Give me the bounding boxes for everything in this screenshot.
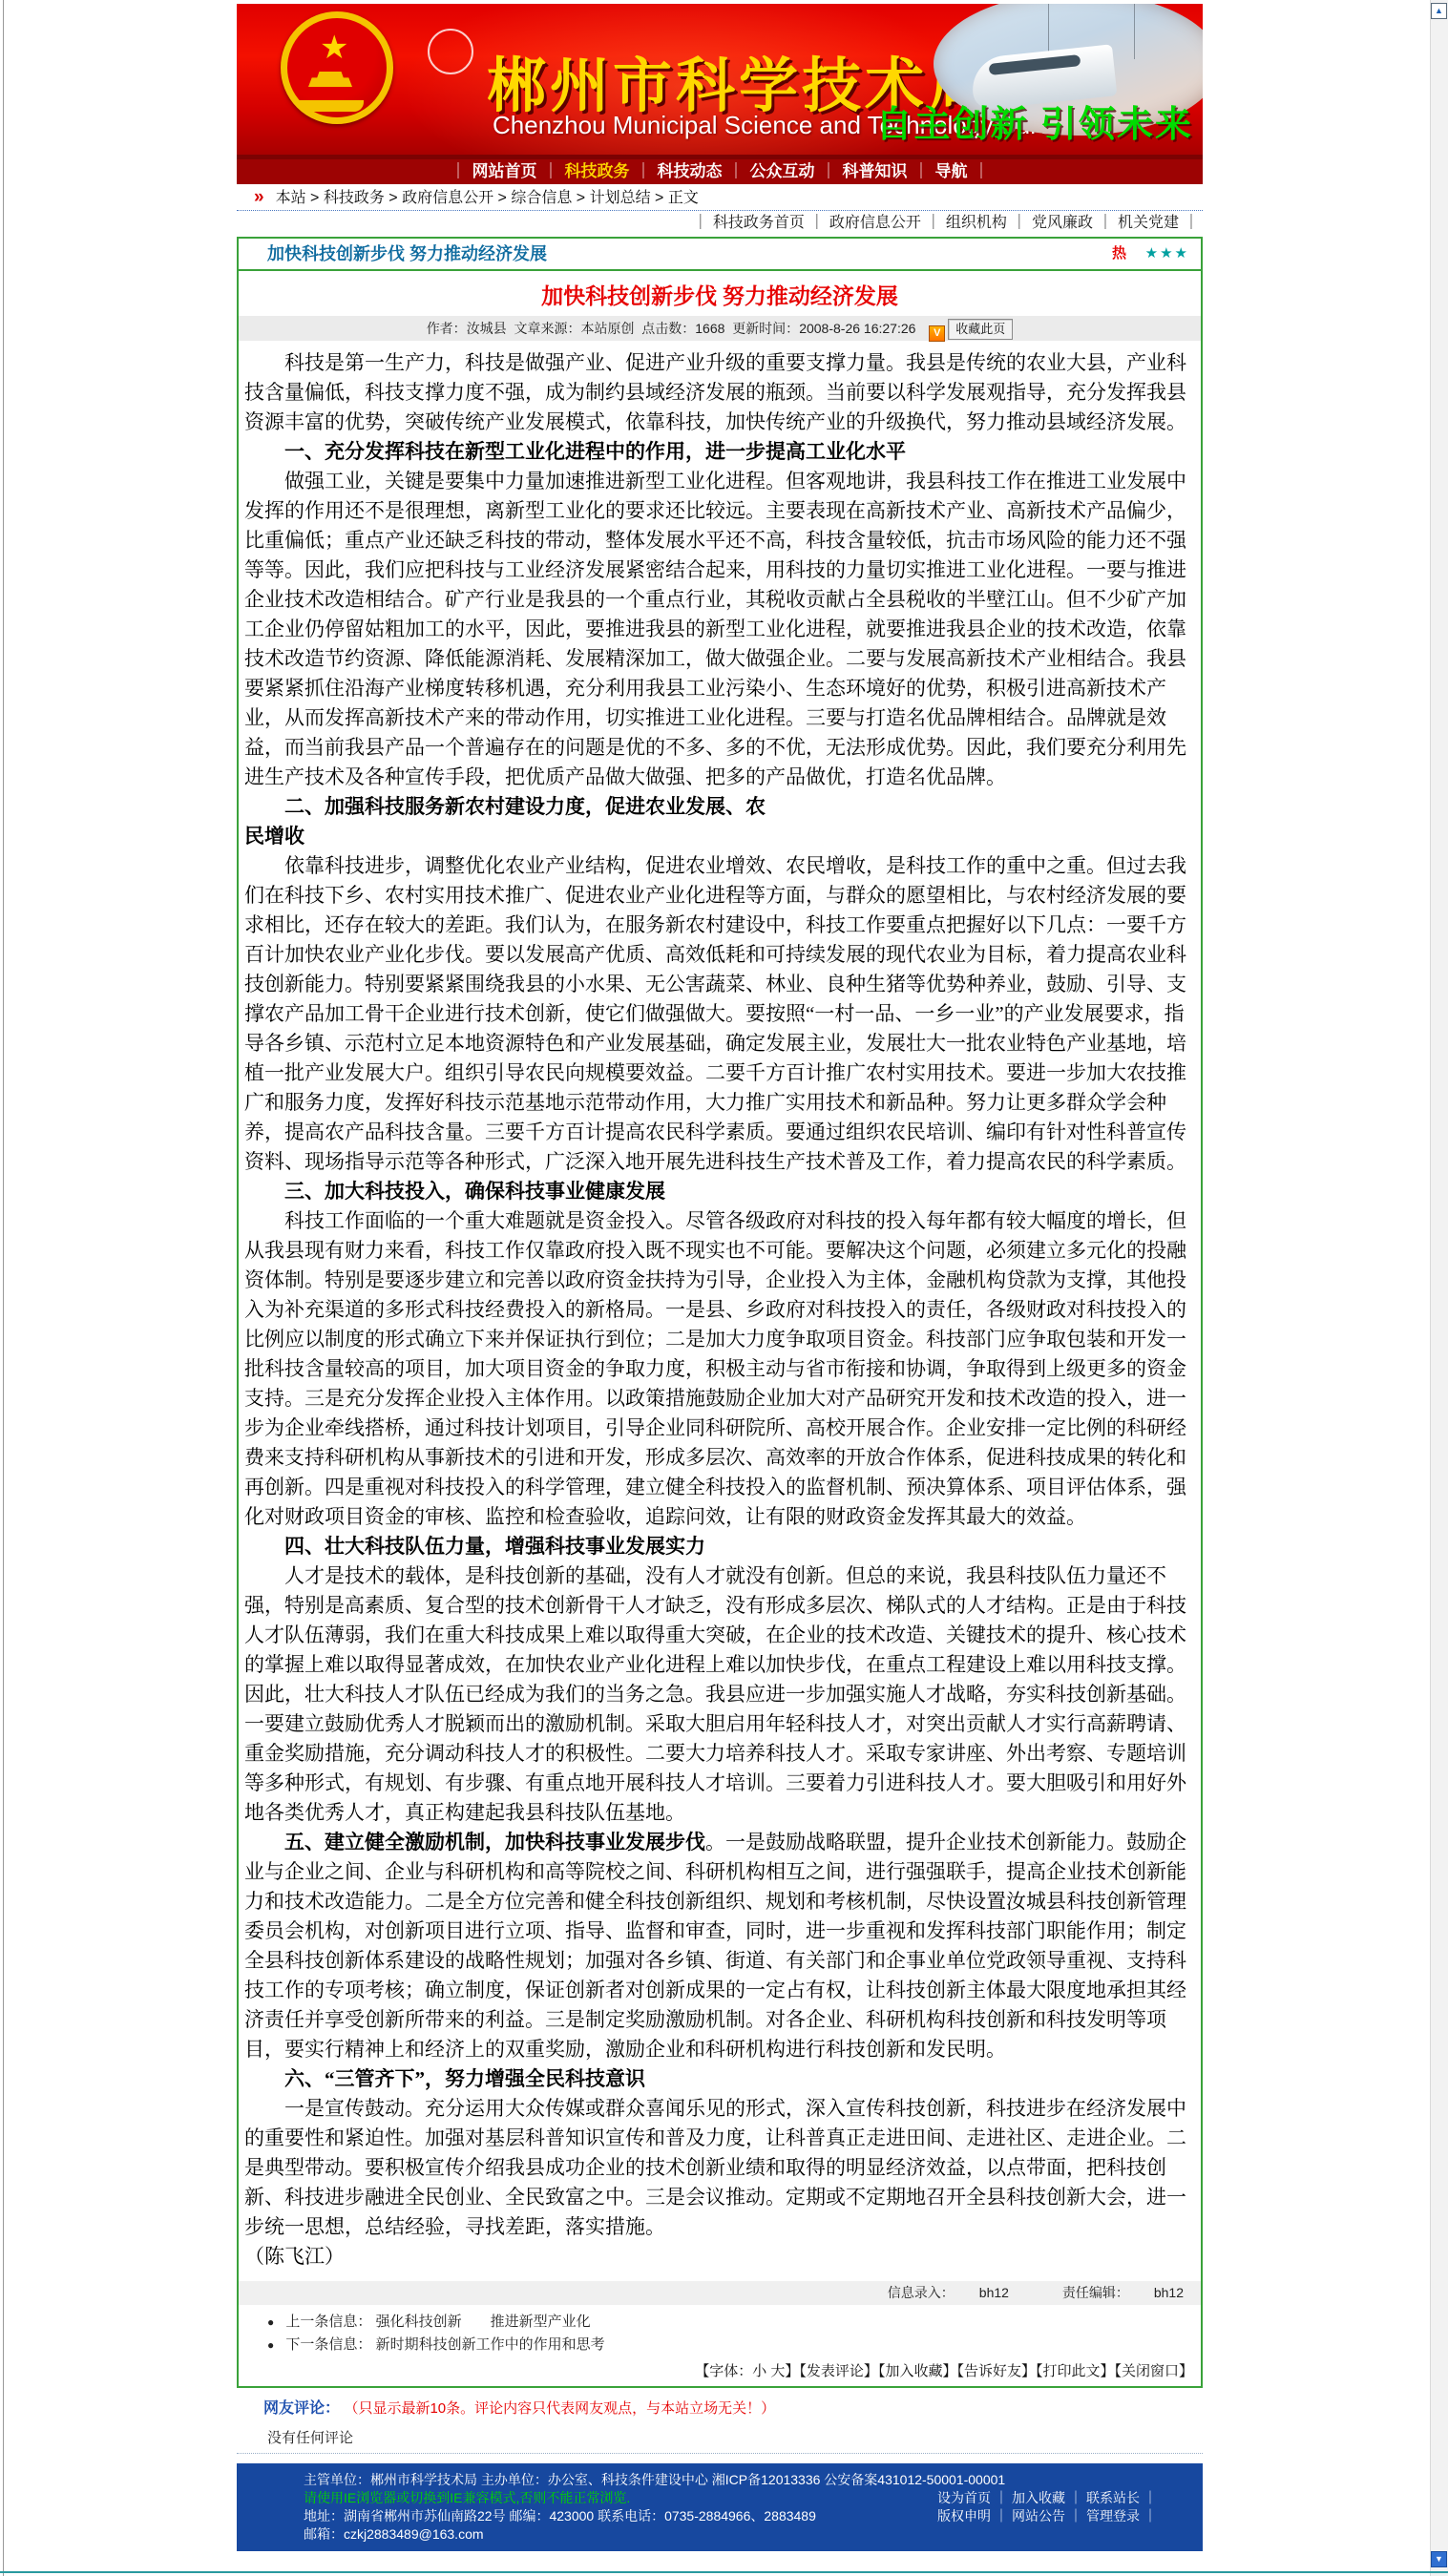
main-navigation: ｜网站首页｜科技政务｜科技动态｜公众互动｜科普知识｜导航｜: [237, 155, 1203, 184]
box-title: 加快科技创新步伐 努力推动经济发展: [267, 244, 547, 263]
decorative-circle: [428, 29, 473, 74]
related-links: ● 上一条信息： 强化科技创新 推进新型产业化 ● 下一条信息： 新时期科技创新…: [239, 2305, 1201, 2358]
meta-clicks-label: 点击数：: [641, 321, 695, 336]
breadcrumb: »本站 > 科技政务 > 政府信息公开 > 综合信息 > 计划总结 > 正文: [237, 184, 1203, 211]
emblem-star-icon: ★: [320, 31, 348, 64]
article-paragraph: 五、建立健全激励机制，加快科技事业发展步伐。一是鼓励战略联盟，提升企业技术创新能…: [244, 1828, 1195, 2064]
article-heading: 三、加大科技投入，确保科技事业健康发展: [244, 1177, 1195, 1206]
article-box: 加快科技创新步伐 努力推动经济发展 热 ★★★ 加快科技创新步伐 努力推动经济发…: [237, 237, 1203, 2388]
breadcrumb-separator: >: [651, 190, 668, 206]
emblem-gate-shape: [308, 72, 352, 87]
article-heading: 四、壮大科技队伍力量，增强科技事业发展实力: [244, 1532, 1195, 1561]
comments-notice: （只显示最新10条。评论内容只代表网友观点，与本站立场无关！）: [344, 2400, 775, 2417]
hot-badge: 热: [1112, 239, 1126, 269]
bookmark-page-button[interactable]: 收藏此页: [948, 319, 1013, 340]
email-value: czkj2883489@163.com: [344, 2526, 484, 2542]
article-heading: 二、加强科技服务新农村建设力度，促进农业发展、农 民增收: [244, 792, 1195, 851]
site-footer: 主管单位：郴州市科学技术局 主办单位：办公室、科技条件建设中心 湘ICP备120…: [237, 2463, 1203, 2551]
nav-item-网站首页[interactable]: 网站首页: [472, 162, 537, 180]
article-paragraph: 科技工作面临的一个重大难题就是资金投入。尽管各级政府对科技的投入每年都有较大幅度…: [244, 1206, 1195, 1532]
record-info-bar: 信息录入：bh12 责任编辑：bh12: [239, 2281, 1201, 2305]
meta-author-label: 作者：: [427, 321, 467, 336]
footer-link-设为首页[interactable]: 设为首页: [937, 2490, 991, 2505]
article-paragraph: 科技是第一生产力，科技是做强产业、促进产业升级的重要支撑力量。我县是传统的农业大…: [244, 348, 1195, 437]
subnav-item-组织机构[interactable]: 组织机构: [946, 215, 1007, 231]
nav-item-公众互动[interactable]: 公众互动: [750, 162, 815, 180]
article-paragraph: 人才是技术的载体，是科技创新的基础，没有人才就没有创新。但总的来说，我县科技队伍…: [244, 1561, 1195, 1828]
nav-item-导航[interactable]: 导航: [935, 162, 968, 180]
nav-item-科普知识[interactable]: 科普知识: [843, 162, 908, 180]
meta-author: 汝城县: [467, 321, 507, 336]
entry-value: bh12: [979, 2285, 1009, 2300]
nav-separator: ｜: [821, 162, 837, 180]
prev-article-link[interactable]: 强化科技创新 推进新型产业化: [376, 2314, 591, 2330]
nav-separator: ｜: [728, 162, 745, 180]
editor-value: bh12: [1154, 2285, 1184, 2300]
innovation-slogan: 自主创新 引领未来: [875, 94, 1193, 147]
subnav-item-政府信息公开[interactable]: 政府信息公开: [829, 215, 921, 231]
subnav-item-机关党建[interactable]: 机关党建: [1118, 215, 1179, 231]
meta-source: 本站原创: [580, 321, 634, 336]
breadcrumb-separator: >: [385, 190, 402, 206]
article-paragraph: 依靠科技进步，调整优化农业产业结构，促进农业增效、农民增收，是科技工作的重中之重…: [244, 851, 1195, 1177]
footer-line-sponsor: 主管单位：郴州市科学技术局 主办单位：办公室、科技条件建设中心 湘ICP备120…: [304, 2471, 1203, 2489]
national-emblem-logo: ★: [281, 11, 393, 124]
comments-empty-text: 没有任何评论: [263, 2427, 1203, 2447]
article-body: 科技是第一生产力，科技是做强产业、促进产业升级的重要支撑力量。我县是传统的农业大…: [239, 341, 1201, 2272]
nav-separator: ｜: [974, 162, 990, 180]
breadcrumb-item-正文: 正文: [668, 190, 699, 206]
editor-label: 责任编辑：: [1062, 2285, 1129, 2300]
comments-section: 网友评论： （只显示最新10条。评论内容只代表网友观点，与本站立场无关！） 没有…: [237, 2388, 1203, 2454]
subnav-separator: ｜: [693, 215, 708, 231]
article-paragraph: 一是宣传鼓动。充分运用大众传媒或群众喜闻乐见的形式，深入宣传科技创新，科技进步在…: [244, 2094, 1195, 2242]
window-bottom-edge: [0, 2571, 1448, 2573]
scrollbar[interactable]: ▲ ▼: [1430, 0, 1448, 2576]
prev-article-label: 上一条信息：: [285, 2314, 371, 2330]
breadcrumb-item-科技政务[interactable]: 科技政务: [324, 190, 385, 206]
breadcrumb-separator: >: [572, 190, 589, 206]
scroll-up-button[interactable]: ▲: [1431, 3, 1447, 19]
nav-separator: ｜: [913, 162, 930, 180]
subnav-item-党风廉政[interactable]: 党风廉政: [1032, 215, 1093, 231]
footer-link-加入收藏[interactable]: 加入收藏: [1012, 2490, 1065, 2505]
footer-link-separator: ｜: [1144, 2490, 1157, 2505]
article-heading-inline: 五、建立健全激励机制，加快科技事业发展步伐: [284, 1831, 705, 1853]
article-signature: （陈飞江）: [244, 2242, 1195, 2272]
breadcrumb-separator: >: [306, 190, 324, 206]
article-heading: 六、“三管齐下”，努力增强全民科技意识: [244, 2064, 1195, 2094]
footer-link-版权申明[interactable]: 版权申明: [937, 2508, 991, 2524]
action-字体：小 大[interactable]: 【字体：小 大】: [695, 2363, 799, 2379]
breadcrumb-item-政府信息公开[interactable]: 政府信息公开: [402, 190, 493, 206]
footer-links-row1: 设为首页｜加入收藏｜联系站长｜: [934, 2489, 1157, 2507]
footer-link-管理登录[interactable]: 管理登录: [1086, 2508, 1140, 2524]
next-article-label: 下一条信息：: [285, 2336, 371, 2353]
subnav-item-科技政务首页[interactable]: 科技政务首页: [713, 215, 805, 231]
nav-item-科技政务[interactable]: 科技政务: [565, 162, 630, 180]
page: ★ 郴州市科学技术局 Chenzhou Municipal Science an…: [237, 4, 1203, 2551]
subnav-separator: ｜: [1012, 215, 1027, 231]
comments-title: 网友评论：: [263, 2400, 340, 2417]
secondary-navigation: ｜科技政务首页｜政府信息公开｜组织机构｜党风廉政｜机关党建｜: [237, 211, 1203, 235]
nav-separator: ｜: [636, 162, 652, 180]
action-关闭窗口[interactable]: 【关闭窗口】: [1114, 2363, 1193, 2379]
article-actions: 【字体：小 大】【发表评论】【加入收藏】【告诉好友】【打印此文】【关闭窗口】: [239, 2358, 1201, 2386]
meta-source-label: 文章来源：: [514, 321, 580, 336]
breadcrumb-item-综合信息[interactable]: 综合信息: [511, 190, 572, 206]
footer-link-separator: ｜: [1144, 2508, 1157, 2524]
footer-link-separator: ｜: [1069, 2490, 1082, 2505]
email-label: 邮箱：: [304, 2526, 344, 2542]
window-left-edge: [3, 0, 4, 2576]
meta-updated: 2008-8-26 16:27:26: [799, 321, 915, 336]
bullet-icon: ●: [267, 2338, 274, 2352]
article-paragraph: 做强工业，关键是要集中力量加速推进新型工业化进程。但客观地讲，我县科技工作在推进…: [244, 467, 1195, 792]
emblem-ribbon-shape: [297, 100, 364, 112]
meta-updated-label: 更新时间：: [732, 321, 799, 336]
bullet-icon: ●: [267, 2315, 274, 2329]
footer-link-网站公告[interactable]: 网站公告: [1012, 2508, 1065, 2524]
footer-link-separator: ｜: [995, 2508, 1008, 2524]
action-告诉好友[interactable]: 【告诉好友】: [956, 2363, 1036, 2379]
bookmark-icon[interactable]: V: [929, 325, 945, 342]
article-box-header: 加快科技创新步伐 努力推动经济发展 热 ★★★: [239, 239, 1201, 271]
action-加入收藏[interactable]: 【加入收藏】: [878, 2363, 957, 2379]
breadcrumb-item-本站[interactable]: 本站: [276, 190, 306, 206]
subnav-separator: ｜: [926, 215, 941, 231]
footer-links: 设为首页｜加入收藏｜联系站长｜ 版权申明｜网站公告｜管理登录｜: [934, 2489, 1157, 2525]
footer-links-row2: 版权申明｜网站公告｜管理登录｜: [934, 2507, 1157, 2525]
nav-separator: ｜: [451, 162, 467, 180]
meta-clicks: 1668: [695, 321, 724, 336]
footer-line-email: 邮箱：czkj2883489@163.com: [304, 2525, 1203, 2544]
breadcrumb-arrows-icon: »: [254, 187, 262, 207]
nav-separator: ｜: [543, 162, 559, 180]
breadcrumb-item-计划总结[interactable]: 计划总结: [590, 190, 651, 206]
next-article-row: ● 下一条信息： 新时期科技创新工作中的作用和思考: [267, 2334, 1201, 2356]
prev-article-row: ● 上一条信息： 强化科技创新 推进新型产业化: [267, 2311, 1201, 2334]
catenary-wire: [1134, 4, 1135, 59]
nav-item-科技动态[interactable]: 科技动态: [658, 162, 723, 180]
article-heading: 一、充分发挥科技在新型工业化进程中的作用，进一步提高工业化水平: [244, 437, 1195, 467]
breadcrumb-separator: >: [493, 190, 511, 206]
subnav-separator: ｜: [809, 215, 825, 231]
footer-link-separator: ｜: [995, 2490, 1008, 2505]
rating-stars-icon: ★★★: [1145, 239, 1189, 269]
subnav-separator: ｜: [1184, 215, 1199, 231]
action-打印此文[interactable]: 【打印此文】: [1036, 2363, 1115, 2379]
scroll-down-button[interactable]: ▼: [1431, 2551, 1447, 2567]
entry-label: 信息录入：: [888, 2285, 955, 2300]
site-header-banner: ★ 郴州市科学技术局 Chenzhou Municipal Science an…: [237, 4, 1203, 155]
article-title: 加快科技创新步伐 努力推动经济发展: [239, 271, 1201, 316]
subnav-separator: ｜: [1098, 215, 1113, 231]
next-article-link[interactable]: 新时期科技创新工作中的作用和思考: [376, 2336, 605, 2353]
footer-link-separator: ｜: [1069, 2508, 1082, 2524]
action-发表评论[interactable]: 【发表评论】: [799, 2363, 878, 2379]
article-meta-bar: 作者：汝城县 文章来源：本站原创 点击数：1668 更新时间：2008-8-26…: [239, 316, 1201, 341]
footer-link-联系站长[interactable]: 联系站长: [1086, 2490, 1140, 2505]
